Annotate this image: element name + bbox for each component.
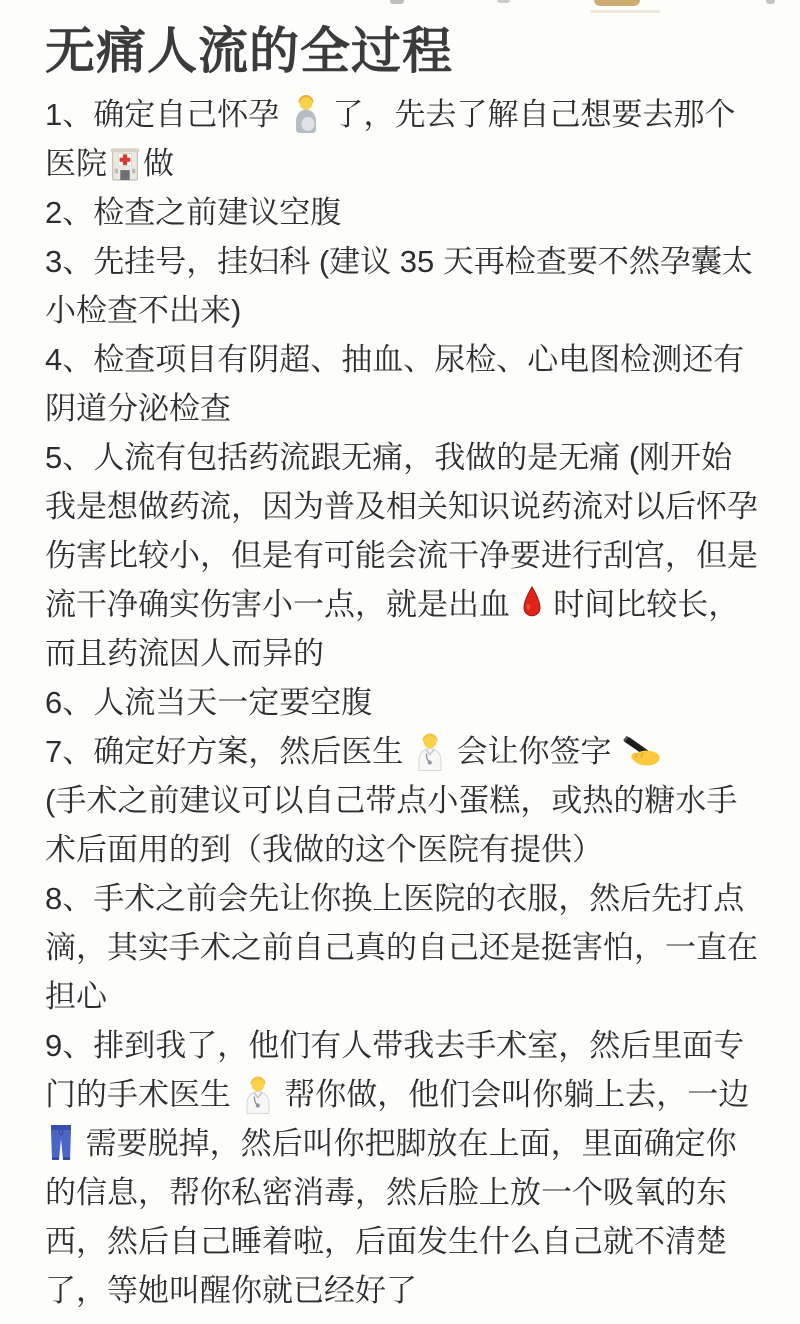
health-worker-emoji: [413, 731, 447, 771]
cropped-glyph-mark: [766, 0, 775, 4]
cropped-glyph-mark: [390, 0, 404, 4]
cropped-glyph-mark: [497, 0, 510, 3]
cropped-emoji-bottom: [594, 0, 640, 6]
post-body: 1、确定自己怀孕 了，先去了解自己想要去那个医院 做2、检查之前建议空腹3、先挂…: [45, 90, 759, 1315]
screenshot-page: 无痛人流的全过程 1、确定自己怀孕 了，先去了解自己想要去那个医院 做2、检查之…: [0, 0, 800, 1324]
step-4: 4、检查项目有阴超、抽血、尿检、心电图检测还有阴道分泌检查: [45, 335, 759, 433]
blood-drop-emoji: [520, 585, 544, 621]
cropped-smudge: [590, 10, 660, 13]
step-5: 5、人流有包括药流跟无痛，我做的是无痛 (刚开始我是想做药流，因为普及相关知识说…: [45, 433, 759, 678]
hospital-emoji: [108, 144, 142, 182]
cropped-previous-line: [0, 0, 800, 14]
jeans-emoji: [46, 1122, 76, 1162]
health-worker-emoji: [241, 1074, 275, 1114]
step-1: 1、确定自己怀孕 了，先去了解自己想要去那个医院 做: [45, 90, 759, 188]
step-3: 3、先挂号，挂妇科 (建议 35 天再检查要不然孕囊太小检查不出来): [45, 237, 759, 335]
step-9: 9、排到我了，他们有人带我去手术室，然后里面专门的手术医生 帮你做，他们会叫你躺…: [45, 1021, 759, 1315]
writing-hand-emoji: [621, 736, 663, 766]
pregnant-person-emoji: [289, 93, 323, 133]
step-7: 7、确定好方案，然后医生 会让你签字: [45, 727, 759, 776]
step-6: 6、人流当天一定要空腹: [45, 678, 759, 727]
page-title: 无痛人流的全过程: [45, 22, 759, 80]
step-2: 2、检查之前建议空腹: [45, 188, 759, 237]
step-8: 8、手术之前会先让你换上医院的衣服，然后先打点滴，其实手术之前自己真的自己还是挺…: [45, 874, 759, 1021]
step-7-note: (手术之前建议可以自己带点小蛋糕，或热的糖水手术后面用的到（我做的这个医院有提供…: [45, 776, 759, 874]
